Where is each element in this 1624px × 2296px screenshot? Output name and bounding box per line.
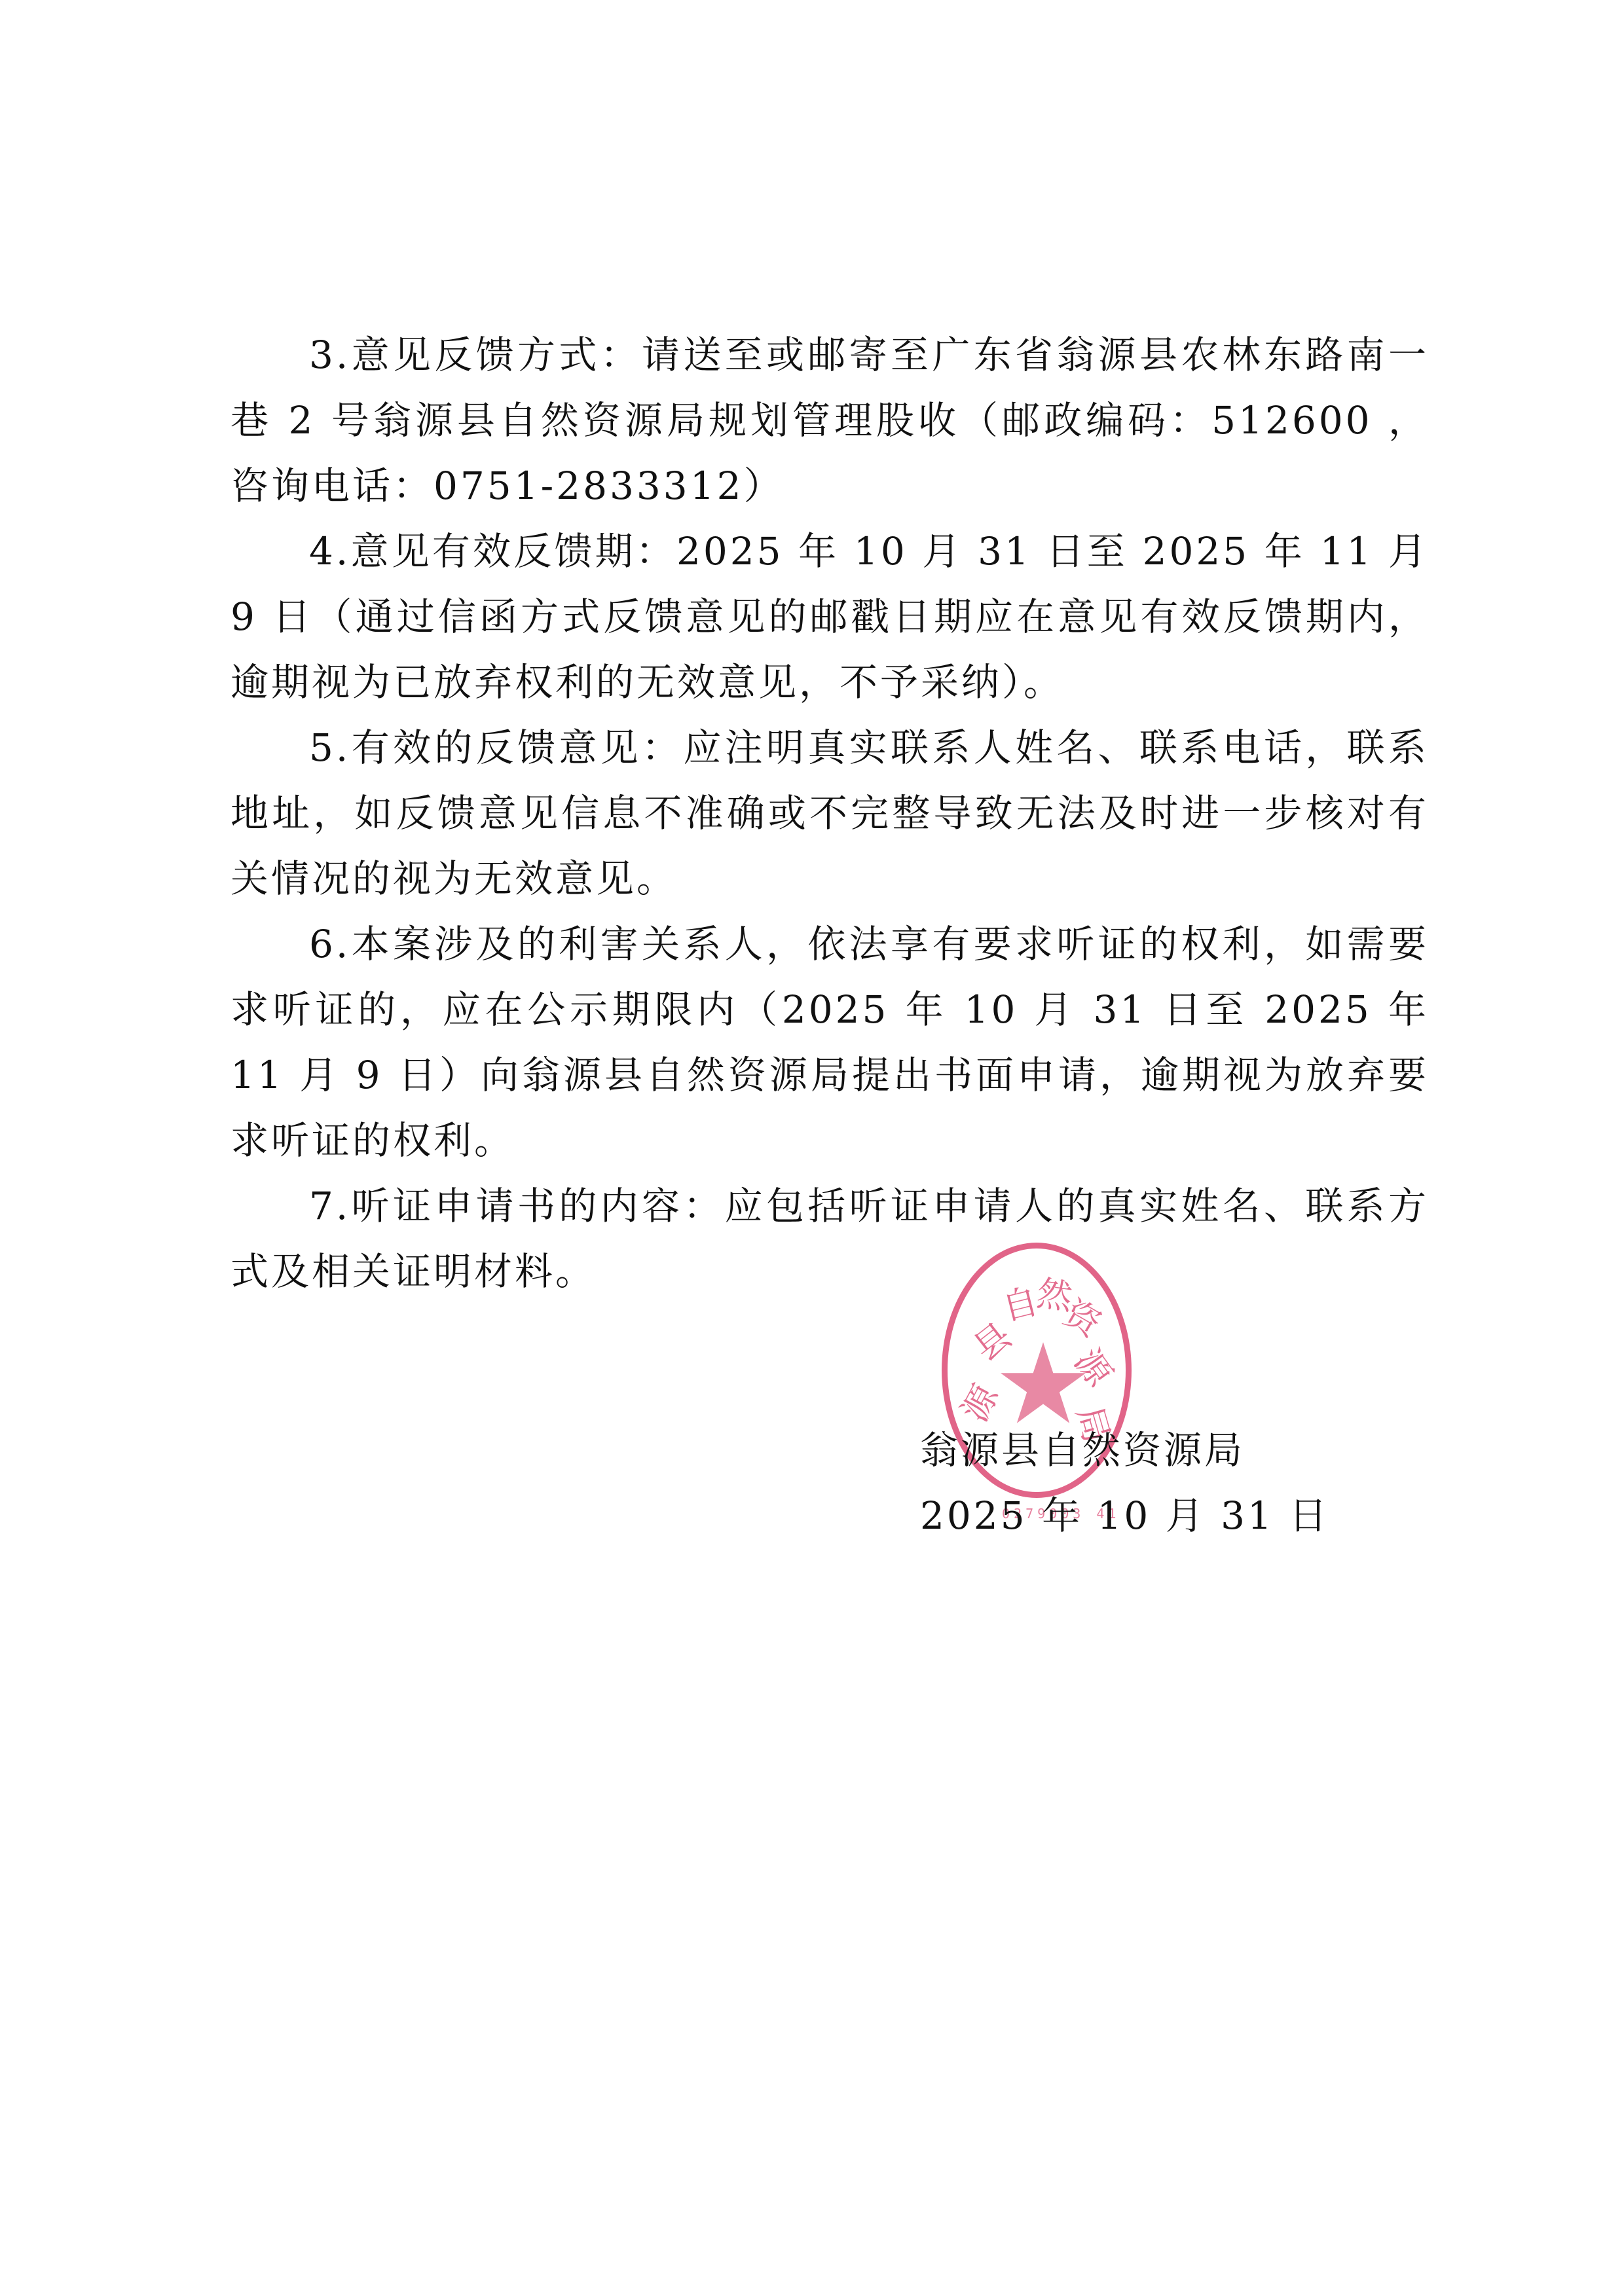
star-icon <box>1001 1342 1086 1424</box>
issuing-organization: 翁源县自然资源局 <box>920 1417 1329 1483</box>
document-body: 3.意见反馈方式：请送至或邮寄至广东省翁源县农林东路南一巷 2 号翁源县自然资源… <box>231 322 1429 1304</box>
paragraph-hearing-application: 7.听证申请书的内容：应包括听证申请人的真实姓名、联系方式及相关证明材料。 <box>231 1173 1429 1304</box>
signature-block: 翁源县自然资源局 2025 年 10 月 31 日 <box>920 1417 1329 1548</box>
paragraph-hearing-rights: 6.本案涉及的利害关系人，依法享有要求听证的权利，如需要求听证的，应在公示期限内… <box>231 911 1429 1173</box>
paragraph-valid-feedback: 5.有效的反馈意见：应注明真实联系人姓名、联系电话，联系地址，如反馈意见信息不准… <box>231 715 1429 911</box>
paragraph-feedback-method: 3.意见反馈方式：请送至或邮寄至广东省翁源县农林东路南一巷 2 号翁源县自然资源… <box>231 322 1429 519</box>
paragraph-feedback-period: 4.意见有效反馈期：2025 年 10 月 31 日至 2025 年 11 月 … <box>231 519 1429 715</box>
document-page: 3.意见反馈方式：请送至或邮寄至广东省翁源县农林东路南一巷 2 号翁源县自然资源… <box>0 0 1624 2296</box>
issue-date: 2025 年 10 月 31 日 <box>920 1483 1329 1548</box>
